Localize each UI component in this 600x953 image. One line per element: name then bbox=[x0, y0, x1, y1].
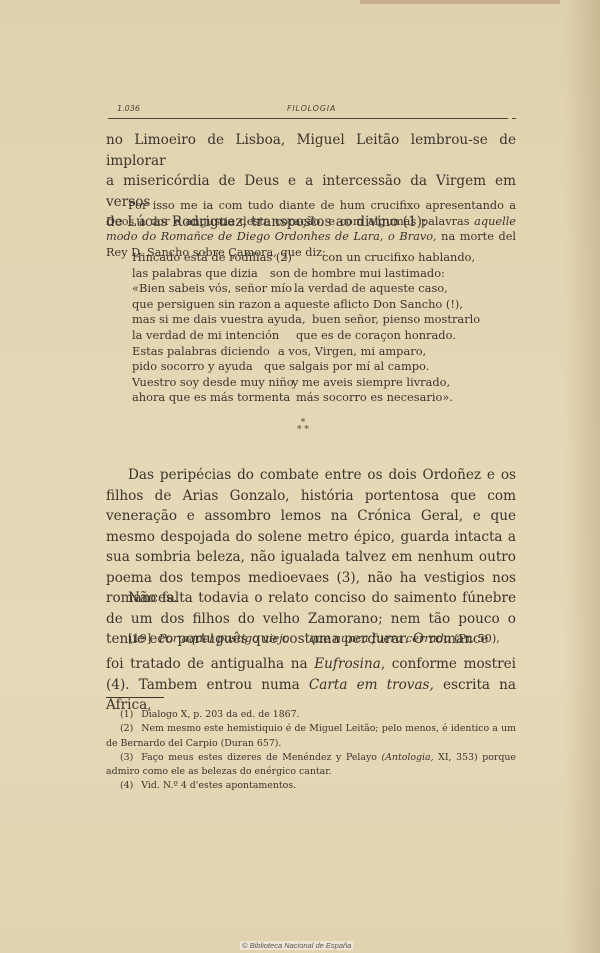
verse-line: mas si me dais vuestra ayuda,buen señor,… bbox=[132, 312, 512, 328]
page-edge-shadow bbox=[360, 0, 560, 4]
footnote-rule bbox=[106, 697, 164, 698]
verse-line: Hincado está de rodillas (2)con un cruci… bbox=[132, 250, 512, 266]
page-number: 1.036 bbox=[117, 104, 140, 113]
romance-epithet: o Bravo bbox=[388, 230, 433, 243]
footnotes: (1)Dialogo X, p. 203 da ed. de 1867. (2)… bbox=[106, 708, 516, 794]
work-title-carta: Carta em trovas, bbox=[309, 677, 434, 693]
paragraph-4: foi tratado de antigualha na Eufrosina, … bbox=[106, 654, 516, 716]
section-title: FILOLOGIA bbox=[287, 104, 336, 113]
footnote-3: (3)Faço meus estes dizeres de Menéndez y… bbox=[106, 751, 516, 780]
verse-line: ahora que es más tormentamás socorro es … bbox=[132, 390, 512, 406]
verse-line: la verdad de mi intenciónque es de coraç… bbox=[132, 328, 512, 344]
asterism-divider: * * * bbox=[297, 420, 309, 434]
running-head: 1.036 FILOLOGIA bbox=[117, 104, 513, 124]
verse-line: pido socorro y ayudaque salgais por mí a… bbox=[132, 359, 512, 375]
romance-number: [19] bbox=[128, 632, 151, 645]
verse-block: Hincado está de rodillas (2)con un cruci… bbox=[132, 250, 512, 406]
verse-line: Estas palabras diciendoa vos, Virgen, mi… bbox=[132, 344, 512, 360]
paragraph-2: Das peripécias do combate entre os dois … bbox=[106, 465, 516, 609]
footnote-2: (2)Nem mesmo este hemistiquio é de Migue… bbox=[106, 722, 516, 751]
copyright-watermark: © Biblioteca Nacional de España bbox=[240, 941, 353, 950]
work-title-eufrosina: Eufrosina bbox=[314, 656, 381, 672]
verse-line: las palabras que diziason de hombre mui … bbox=[132, 266, 512, 282]
verse-line: que persiguen sin razona aqueste aflicto… bbox=[132, 297, 512, 313]
verse-line: «Bien sabeis vós, señor míola verdad de … bbox=[132, 281, 512, 297]
footnote-1: (1)Dialogo X, p. 203 da ed. de 1867. bbox=[106, 708, 516, 722]
paragraph-1-line-1: no Limoeiro de Lisboa, Miguel Leitão lem… bbox=[106, 130, 516, 171]
footnote-4: (4)Vid. N.º 4 d'estes apontamentos. bbox=[106, 779, 516, 793]
verse-line: Vuestro soy desde muy niñoy me aveis sie… bbox=[132, 375, 512, 391]
header-rule bbox=[108, 118, 508, 120]
romance-incipit: [19] Por aquel postigo viejoque nunca fu… bbox=[128, 631, 500, 647]
